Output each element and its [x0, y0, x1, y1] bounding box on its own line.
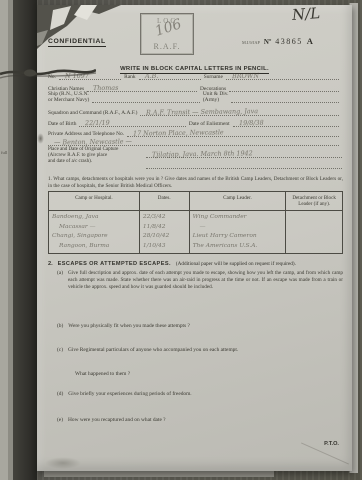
row-ship-unit: Ship (R.N., U.S.N.or Merchant Navy) Unit… [48, 89, 342, 103]
address-value2: — Benton, Newcastle — [54, 137, 132, 146]
torn-corner [37, 5, 157, 65]
row-address-line2: — Benton, Newcastle — [48, 136, 342, 146]
ref-no-symbol: Nº [264, 38, 271, 46]
camp-entry: Macassar — [59, 223, 136, 233]
date-of-enlistment-field: 19/8/38 [233, 118, 339, 127]
detachment-column [286, 211, 342, 253]
reference-number-line: M.I.9/JAP Nº 43865 A [242, 36, 313, 46]
pto-label: P.T.O. [324, 441, 339, 447]
question-2a: (a) Give full description and approx. da… [57, 270, 343, 290]
surname-value: BROWN [232, 72, 259, 80]
date-of-birth-field: 22/1/19 [79, 118, 185, 127]
binding-string [0, 60, 96, 86]
rank-value: A.B. [144, 72, 157, 80]
leader-entry: — [200, 223, 283, 233]
capture-label: Place and Date of Original Capture (Airc… [48, 147, 143, 169]
row-capture: Place and Date of Original Capture (Airc… [48, 147, 342, 169]
camp-column: Bandoeng, Java Macassar — Changi, Singap… [49, 211, 140, 253]
surname-field: BROWN [226, 71, 339, 80]
question-2b: (b) Were you physically fit when you mad… [57, 323, 343, 330]
ref-suffix: A [307, 36, 313, 46]
photo-backdrop: full N/L CONFIDENTIAL LOC 106 R.A.F. M.I… [0, 0, 362, 480]
question-2d: (d) Give briefly your experiences during… [57, 391, 343, 398]
camp-leader-column: Wing Commander — Lieut Harry Cameron The… [190, 211, 287, 253]
smudge-mark [45, 457, 81, 469]
header-camp-or-hospital: Camp or Hospital. [49, 192, 140, 210]
unit-field [231, 94, 339, 103]
camps-table-body: Bandoeng, Java Macassar — Changi, Singap… [49, 211, 342, 253]
date-entry: 28/10/42 [143, 232, 186, 242]
camp-entry: Bandoeng, Java [52, 213, 136, 223]
header-dates: Dates. [140, 192, 190, 210]
date-of-enlistment-value: 19/8/38 [239, 119, 264, 127]
date-of-birth-value: 22/1/19 [85, 119, 110, 127]
camps-table: Camp or Hospital. Dates. Camp Leader. De… [48, 191, 343, 254]
ref-prefix: M.I.9/JAP [242, 40, 260, 45]
handwritten-corner-note: N/L [291, 4, 320, 24]
leader-entry: The Americans U.S.A. [193, 242, 283, 252]
unit-label: Unit & Div.(Army) [203, 91, 229, 103]
edge-text-fragment: full [1, 150, 7, 155]
date-entry: 11/8/42 [143, 223, 186, 233]
squadron-label: Squadron and Command (R.A.F., A.A.F.) [48, 110, 137, 116]
rank-label: Rank [124, 74, 135, 80]
dates-column: 22/3/42 11/8/42 28/10/42 1/10/43 [140, 211, 190, 253]
capture-field-line2 [146, 158, 342, 169]
leader-entry: Lieut Harry Cameron [193, 232, 283, 242]
surname-label: Surname [204, 74, 223, 80]
ref-number: 43865 [275, 37, 303, 46]
date-entry: 22/3/42 [143, 213, 186, 223]
capture-fields: Tjilatjap, Java. March 8th 1942 [143, 147, 342, 169]
question-2-heading: 2. ESCAPES OR ATTEMPTED ESCAPES. (Additi… [48, 261, 343, 267]
leader-entry: Wing Commander [193, 213, 283, 223]
squadron-value: R.A.F. Transit — Sembawang, Java [146, 107, 258, 117]
rank-field: A.B. [139, 71, 201, 80]
header-detachment-leader: Detachment or Block Leader (if any). [286, 192, 342, 210]
header-camp-leader: Camp Leader. [190, 192, 287, 210]
row-squadron: Squadron and Command (R.A.F., A.A.F.) R.… [48, 106, 342, 116]
row-dates: Date of Birth 22/1/19 Date of Enlistment… [48, 117, 342, 127]
squadron-field: R.A.F. Transit — Sembawang, Java [140, 107, 339, 116]
camp-entry: Rangoon, Burma [59, 242, 136, 252]
question-2c-followup: What happened to them ? [75, 371, 130, 377]
question-1-text: 1. What camps, detachments or hospitals … [48, 176, 343, 190]
date-entry: 1/10/43 [143, 242, 186, 252]
ink-spot [37, 133, 44, 144]
question-2c: (c) Give Regimental particulars of anyon… [57, 347, 343, 354]
camps-table-header: Camp or Hospital. Dates. Camp Leader. De… [49, 192, 342, 211]
ship-label: Ship (R.N., U.S.N.or Merchant Navy) [48, 91, 89, 103]
camp-entry: Changi, Singapore [52, 232, 136, 242]
capture-field-line1: Tjilatjap, Java. March 8th 1942 [146, 147, 342, 158]
address-field-line2: — Benton, Newcastle — [48, 137, 339, 146]
question-2e: (e) How were you recaptured and on what … [57, 417, 343, 424]
ship-field [92, 94, 200, 103]
